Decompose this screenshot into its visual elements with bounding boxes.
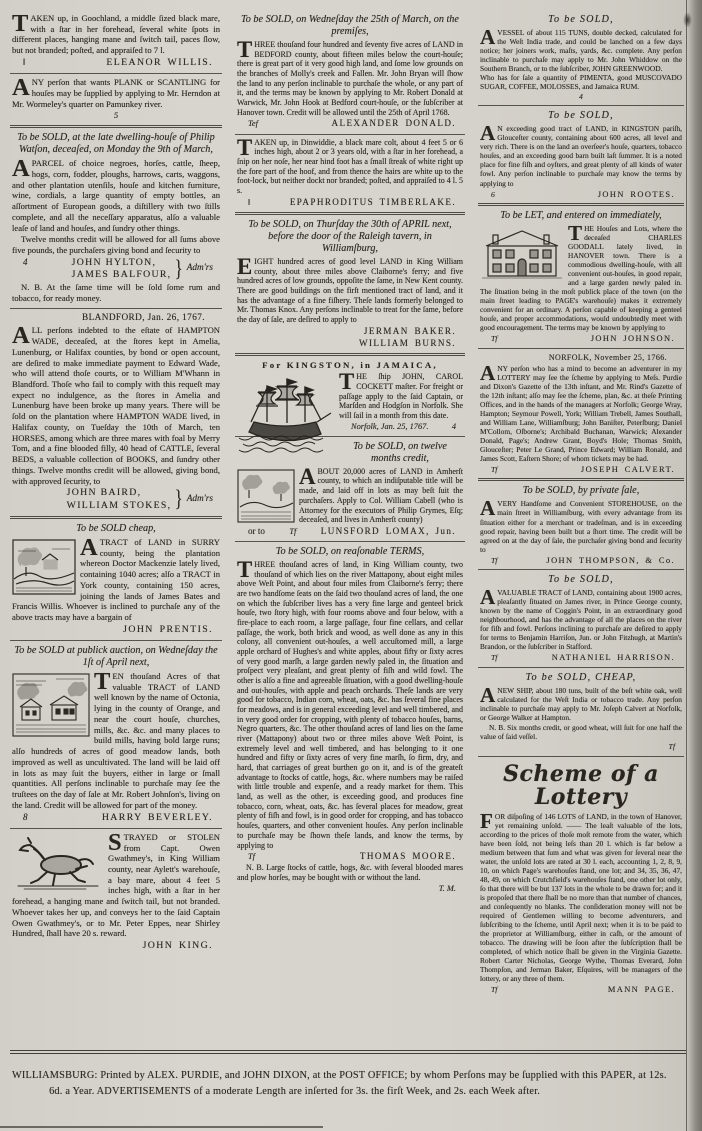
- drop-cap: A: [480, 686, 497, 703]
- ad-houses-to-let-hanover: To be LET, and entered on immediately, T…: [478, 203, 684, 348]
- drop-cap: T: [237, 138, 254, 157]
- reference-mark: ‖: [248, 198, 250, 208]
- signer-name: JOHN JOHNSON.: [591, 333, 675, 343]
- ad-body-2: Who has for ſale a quantity of PIMENTA, …: [480, 73, 682, 91]
- ad-taken-up-goochland: TAKEN up, in Goochland, a middle ſized b…: [10, 10, 222, 73]
- reference-mark: Tf: [491, 465, 497, 474]
- reference-mark: 5: [11, 110, 221, 121]
- sig-prefix: or to: [248, 526, 265, 537]
- ad-taken-up-dinwiddie: TAKEN up, in Dinwiddie, a black mare col…: [235, 134, 465, 212]
- ad-king-william-3000-acres: To be SOLD, on reaſonable TERMS, THREE t…: [235, 541, 465, 898]
- horse-woodcut-icon: [12, 834, 104, 892]
- drop-cap: A: [299, 467, 317, 486]
- ad-body: HREE thouſand four hundred and ſeventy f…: [237, 40, 463, 117]
- ad-kingston-parish-land: To be SOLD, AN exceeding good tract of L…: [478, 105, 684, 203]
- ad-body: AKEN up, in Dinwiddie, a black mare colt…: [237, 138, 463, 195]
- signature-row: WILLIAM BURNS.: [236, 338, 464, 349]
- drop-cap: T: [339, 372, 356, 391]
- small-landscape-woodcut-icon: [237, 469, 295, 523]
- brace-label: Adm'rs: [187, 263, 213, 275]
- ad-surry-tract: To be SOLD cheap, ATRACT of LAND in SURR…: [10, 516, 222, 640]
- ad-body: HE ſhip JOHN, CAROL COCKETT maſter. For …: [339, 372, 463, 420]
- signer-name: WILLIAM BURNS.: [359, 338, 456, 349]
- ad-heading: To be SOLD,: [482, 574, 680, 586]
- reference-mark: T. M.: [439, 884, 456, 894]
- reference-mark: 6: [491, 190, 495, 199]
- ad-note: N. B. At the ſame time will be ſold ſome…: [12, 282, 220, 303]
- signature-row: 6JOHN ROOTES.: [479, 189, 683, 199]
- reference-mark: 4: [23, 257, 28, 268]
- ad-body-2: Twelve months credit will be allowed for…: [12, 234, 220, 255]
- reference-mark: Tf: [491, 653, 497, 662]
- reference-mark: Tf: [491, 334, 497, 343]
- ad-heading: To be SOLD, on Thurſday the 30th of APRI…: [239, 219, 461, 255]
- ad-heading: To be SOLD, on Wedneſday the 25th of Mar…: [239, 14, 461, 38]
- signature-row: TefALEXANDER DONALD.: [236, 118, 464, 129]
- signer-name: JOHN THOMPSON, & Co.: [546, 555, 675, 565]
- ad-body: N exceeding good tract of LAND, in KINGS…: [480, 124, 682, 187]
- ad-norfolk-lottery: NORFOLK, November 25, 1766. ANY perſon w…: [478, 348, 684, 479]
- ad-body: LL perſons indebted to the eſtate of HAM…: [12, 325, 220, 485]
- imprint-text: WILLIAMSBURG: Printed by ALEX. PURDIE, a…: [12, 1068, 682, 1099]
- ad-raleigh-tavern-sale: To be SOLD, on Thurſday the 30th of APRI…: [235, 212, 465, 353]
- newspaper-page: TAKEN up, in Goochland, a middle ſized b…: [0, 0, 702, 1131]
- drop-cap: T: [94, 671, 112, 691]
- imprint-footer: WILLIAMSBURG: Printed by ALEX. PURDIE, a…: [10, 1050, 686, 1109]
- ad-heading: To be SOLD, at the late dwelling-houſe o…: [14, 132, 218, 156]
- signature-row: 4 JOHN HYLTON,JAMES BALFOUR, } Adm'rs: [11, 257, 221, 281]
- reference-mark: Tef: [248, 119, 258, 129]
- drop-cap: S: [108, 832, 124, 852]
- drop-cap: T: [237, 560, 254, 579]
- ad-heading: To be SOLD cheap,: [14, 523, 218, 535]
- signature-row: Norfolk, Jan. 25, 1767.4: [339, 422, 464, 432]
- signer-name: NATHANIEL HARRISON.: [552, 652, 675, 662]
- signature-brace-group: JOHN HYLTON,JAMES BALFOUR, } Adm'rs: [72, 257, 213, 281]
- reference-mark: 8: [23, 812, 28, 823]
- drop-cap: T: [237, 40, 254, 59]
- signer-name: JOHN BAIRD,: [67, 487, 172, 499]
- drop-cap: A: [12, 77, 32, 97]
- signature-row: JOHN BAIRD,WILLIAM STOKES, } Adm'rs: [11, 487, 221, 511]
- signer-name: MANN PAGE.: [608, 984, 675, 994]
- drop-cap: A: [480, 124, 497, 141]
- ad-hampton-wade-estate: BLANDFORD, Jan. 26, 1767. ALL perſons in…: [10, 308, 222, 516]
- signature-row: Tf: [479, 742, 683, 751]
- signature-row: JOHN KING.: [11, 940, 221, 952]
- signer-name: ELEANOR WILLIS.: [106, 57, 213, 69]
- signer-name: LUNSFORD LOMAX, Jun.: [321, 526, 456, 537]
- ad-note: N. B. Six months credit, or good wheat, …: [480, 723, 682, 741]
- signer-name: EPAPHRODITUS TIMBERLAKE.: [290, 197, 456, 208]
- ad-body: AKEN up, in Goochland, a middle ſized bl…: [12, 13, 220, 55]
- ink-smudge: [683, 12, 692, 28]
- reference-mark: Tf: [491, 985, 497, 994]
- signer-name: JERMAN BAKER.: [364, 326, 456, 337]
- signature-row: TfJOSEPH CALVERT.: [479, 464, 683, 474]
- ad-octonia-auction: To be SOLD at publick auction, on Wedneſ…: [10, 640, 222, 828]
- reference-mark: 4: [479, 92, 683, 101]
- dateline: NORFOLK, November 25, 1766.: [479, 353, 683, 363]
- drop-cap: F: [480, 812, 495, 829]
- ad-heading: For KINGSTON, in JAMAICA,: [236, 360, 464, 371]
- ad-heading: To be LET, and entered on immediately,: [482, 210, 680, 222]
- signer-name: HARRY BEVERLEY.: [102, 812, 213, 824]
- ad-body: NY perſon who has a mind to become an ad…: [480, 364, 682, 463]
- reference-mark: Tf: [669, 742, 675, 751]
- ad-body: BOUT 20,000 acres of LAND in Amherſt cou…: [299, 467, 463, 524]
- signer-name: JOSEPH CALVERT.: [581, 464, 675, 474]
- ad-note: N. B. Large ſtocks of cattle, hogs, &c. …: [237, 863, 463, 882]
- signature-row: TfJOHN JOHNSON.: [479, 333, 683, 343]
- dateline: Norfolk, Jan. 25, 1767.: [351, 422, 428, 432]
- ad-body: IGHT hundred acres of good level LAND in…: [237, 257, 463, 324]
- signature-row: or toTfLUNSFORD LOMAX, Jun.: [236, 526, 464, 537]
- signature-row: JERMAN BAKER.: [236, 326, 464, 337]
- ad-heading: To be SOLD,: [482, 14, 680, 26]
- ad-strayed-mare: STRAYED or STOLEN from Capt. Owen Gwathm…: [10, 828, 222, 957]
- ad-philip-watson-estate: To be SOLD, at the late dwelling-houſe o…: [10, 125, 222, 308]
- signer-name: JOHN PRENTIS.: [123, 624, 213, 636]
- signature-row: JOHN PRENTIS.: [11, 624, 221, 636]
- bottom-edge-rule: [0, 1126, 323, 1128]
- drop-cap: A: [12, 158, 32, 178]
- dateline: BLANDFORD, Jan. 26, 1767.: [11, 313, 221, 325]
- signer-name: JOHN HYLTON,: [72, 257, 172, 269]
- ad-bedford-land: To be SOLD, on Wedneſday the 25th of Mar…: [235, 10, 465, 134]
- signer-name: JOHN ROOTES.: [598, 189, 675, 199]
- signer-name: ALEXANDER DONALD.: [332, 118, 456, 129]
- ad-ship-john-kingston: For KINGSTON, in JAMAICA, THE ſhip JOHN,…: [235, 353, 465, 436]
- ad-heading: To be SOLD at publick auction, on Wedneſ…: [14, 645, 218, 669]
- estate-woodcut-icon: [12, 673, 90, 737]
- signer-name: WILLIAM STOKES,: [67, 500, 172, 512]
- column-middle: To be SOLD, on Wedneſday the 25th of Mar…: [235, 10, 465, 1042]
- ad-body: VERY Handſome and Convenient STOREHOUSE,…: [480, 499, 682, 553]
- reference-mark: Tf: [289, 527, 296, 537]
- reference-mark: Tf: [491, 556, 497, 565]
- ad-lottery-scheme-hanover: Scheme of a Lottery FOR diſpoſing of 146…: [478, 756, 684, 999]
- signature-row: TfTHOMAS MOORE.: [236, 851, 464, 862]
- ad-body: NEW SHIP, about 180 tuns, built of the b…: [480, 686, 682, 722]
- drop-cap: A: [80, 537, 100, 557]
- drop-cap: A: [480, 499, 497, 516]
- landscape-woodcut-icon: [12, 539, 76, 595]
- drop-cap: T: [568, 224, 584, 241]
- ad-body: OR diſpoſing of 146 LOTS of LAND, in the…: [480, 812, 682, 984]
- signature-row: TfMANN PAGE.: [479, 984, 683, 994]
- ad-storehouse-private-sale: To be SOLD, by private ſale, AVERY Handſ…: [478, 478, 684, 569]
- signature-row: ‖ELEANOR WILLIS.: [11, 57, 221, 69]
- advertisement-columns: TAKEN up, in Goochland, a middle ſized b…: [0, 0, 702, 1042]
- page-edge-shadow: [686, 0, 702, 1131]
- ship-woodcut-icon: [237, 374, 335, 458]
- ad-heading: Scheme of a Lottery: [479, 763, 683, 809]
- ad-body: PARCEL of choice negroes, horſes, cattle…: [12, 158, 220, 232]
- brace-label: Adm'rs: [187, 494, 213, 506]
- signature-row: 8HARRY BEVERLEY.: [11, 812, 221, 824]
- signature-row: T. M.: [236, 884, 464, 894]
- drop-cap: T: [12, 13, 30, 33]
- reference-mark: ‖: [23, 57, 26, 68]
- brace-glyph: }: [175, 260, 183, 279]
- ad-heading: To be SOLD, on reaſonable TERMS,: [239, 546, 461, 558]
- signer-name: JAMES BALFOUR,: [72, 269, 172, 281]
- reference-mark: Tf: [248, 852, 255, 862]
- ad-vessel-115-tuns: To be SOLD, AVESSEL of about 115 TUNS, d…: [478, 10, 684, 105]
- signer-name: THOMAS MOORE.: [360, 851, 456, 862]
- signature-row: ‖EPAPHRODITUS TIMBERLAKE.: [236, 197, 464, 208]
- ad-coggins-point-tract: To be SOLD, AVALUABLE TRACT of LAND, con…: [478, 569, 684, 667]
- drop-cap: A: [12, 325, 32, 345]
- ad-heading: To be SOLD,: [482, 110, 680, 122]
- signature-brace-group: JOHN BAIRD,WILLIAM STOKES, } Adm'rs: [67, 487, 213, 511]
- ad-new-ship-cheap: To be SOLD, CHEAP, ANEW SHIP, about 180 …: [478, 667, 684, 756]
- signature-row: TfNATHANIEL HARRISON.: [479, 652, 683, 662]
- reference-mark: 4: [452, 422, 456, 432]
- town-house-woodcut-icon: [480, 226, 564, 280]
- ad-body: VALUABLE TRACT of LAND, containing about…: [480, 588, 682, 651]
- ad-body: NY perſon that wants PLANK or SCANTLING …: [12, 77, 220, 108]
- ad-plank-scantling: ANY perſon that wants PLANK or SCANTLING…: [10, 73, 222, 125]
- drop-cap: A: [480, 588, 497, 605]
- drop-cap: A: [480, 364, 497, 381]
- ad-heading: To be SOLD, by private ſale,: [482, 485, 680, 497]
- signer-name: JOHN KING.: [143, 940, 213, 952]
- ad-body: VESSEL of about 115 TUNS, double decked,…: [480, 28, 682, 73]
- column-left: TAKEN up, in Goochland, a middle ſized b…: [10, 10, 222, 1042]
- ad-heading: To be SOLD, CHEAP,: [482, 672, 680, 684]
- drop-cap: E: [237, 257, 254, 276]
- brace-glyph: }: [175, 490, 183, 509]
- signature-row: TfJOHN THOMPSON, & Co.: [479, 555, 683, 565]
- drop-cap: A: [480, 28, 497, 45]
- ad-body: HREE thouſand acres of land, in King Wil…: [237, 560, 463, 849]
- column-right: To be SOLD, AVESSEL of about 115 TUNS, d…: [478, 10, 684, 1042]
